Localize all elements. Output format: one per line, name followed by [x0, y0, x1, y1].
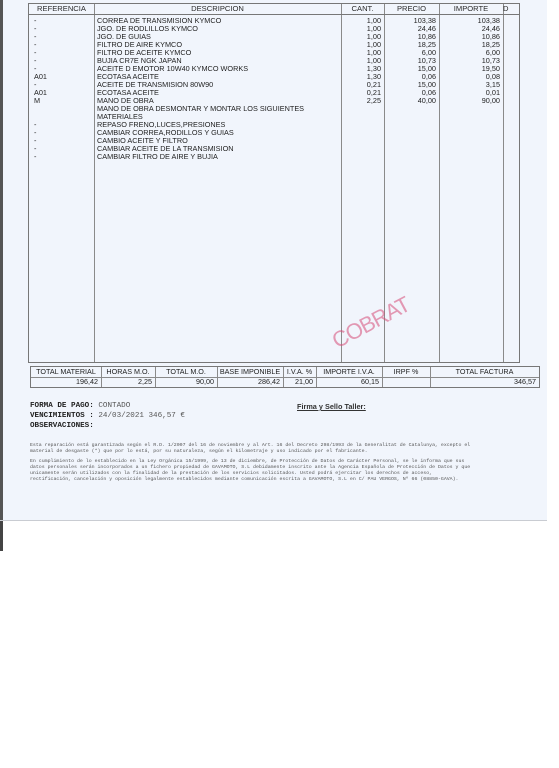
totals-cell-base-imponible: BASE IMPONIBLE286,42	[217, 367, 284, 387]
totals-cell-total-factura: TOTAL FACTURA346,57	[430, 367, 539, 387]
header-descripcion: DESCRIPCION	[94, 4, 341, 14]
iva-pct-value: 21,00	[295, 377, 313, 387]
header-precio: PRECIO	[384, 4, 439, 14]
legal-notice: Esta reparación está garantizada según e…	[30, 443, 540, 487]
cell-referencia: -	[34, 49, 92, 57]
table-header: REFERENCIA DESCRIPCION CANT. PRECIO IMPO…	[29, 4, 519, 15]
iva-pct-label: I.V.A. %	[283, 367, 316, 377]
cell-referencia: -	[34, 17, 92, 25]
cell-referencia: M	[34, 97, 92, 105]
warranty-notice: Esta reparación está garantizada según e…	[30, 443, 540, 456]
header-importe: IMPORTE	[439, 4, 503, 14]
privacy-notice: En cumplimiento de lo establecido en la …	[30, 459, 540, 484]
payment-method-value: CONTADO	[98, 402, 130, 410]
cell-referencia: -	[34, 145, 92, 153]
table-row: -CAMBIAR FILTRO DE AIRE Y BUJIA	[29, 153, 519, 161]
base-imponible-label: BASE IMPONIBLE	[217, 367, 283, 377]
cell-cant: 2,25	[341, 97, 381, 105]
cell-referencia: A01	[34, 89, 92, 97]
importe-iva-label: IMPORTE I.V.A.	[316, 367, 382, 377]
legal-line: material de desgaste (*) que por lo está…	[30, 449, 368, 454]
header-d: D	[503, 4, 515, 14]
items-table: REFERENCIA DESCRIPCION CANT. PRECIO IMPO…	[28, 3, 520, 363]
cell-importe: 90,00	[439, 97, 500, 105]
legal-line: unicamente serán utilizados con la final…	[30, 471, 432, 476]
legal-line: En cumplimiento de lo establecido en la …	[30, 459, 464, 464]
total-material-label: TOTAL MATERIAL	[31, 367, 101, 377]
base-imponible-value: 286,42	[258, 377, 280, 387]
cell-referencia: -	[34, 57, 92, 65]
totals-cell-iva-pct: I.V.A. %21,00	[283, 367, 317, 387]
cell-referencia: -	[34, 41, 92, 49]
header-cant: CANT.	[341, 4, 384, 14]
cell-referencia: -	[34, 137, 92, 145]
totals-cell-importe-iva: IMPORTE I.V.A.60,15	[316, 367, 383, 387]
totals-cell-horas-mo: HORAS M.O.2,25	[101, 367, 156, 387]
signature-label: Firma y Sello Taller:	[297, 402, 366, 411]
total-mo-value: 90,00	[196, 377, 214, 387]
totals-cell-irpf-pct: IRPF %	[382, 367, 431, 387]
observations: OBSERVACIONES:	[30, 421, 185, 431]
totals-cell-total-material: TOTAL MATERIAL196,42	[31, 367, 102, 387]
cell-referencia: -	[34, 153, 92, 161]
scan-border	[0, 521, 3, 551]
importe-iva-value: 60,15	[361, 377, 379, 387]
observations-label: OBSERVACIONES:	[30, 422, 94, 430]
page-edge	[0, 520, 547, 521]
cell-referencia: A01	[34, 73, 92, 81]
legal-line: Esta reparación está garantizada según e…	[30, 443, 470, 448]
irpf-pct-label: IRPF %	[382, 367, 430, 377]
legal-line: datos personales serán incorporados a un…	[30, 465, 470, 470]
payment-info: FORMA DE PAGO: CONTADO VENCIMIENTOS : 24…	[30, 401, 185, 431]
total-factura-label: TOTAL FACTURA	[430, 367, 539, 377]
cell-descripcion: CAMBIAR FILTRO DE AIRE Y BUJIA	[97, 153, 397, 161]
legal-line: rectificación, cancelación y oposición l…	[30, 477, 459, 482]
total-mo-label: TOTAL M.O.	[155, 367, 217, 377]
cell-referencia: -	[34, 33, 92, 41]
cell-referencia: -	[34, 129, 92, 137]
header-referencia: REFERENCIA	[29, 4, 94, 14]
due-dates: VENCIMIENTOS : 24/03/2021 346,57 €	[30, 411, 185, 421]
payment-method-label: FORMA DE PAGO:	[30, 402, 94, 410]
totals-table: TOTAL MATERIAL196,42HORAS M.O.2,25TOTAL …	[30, 366, 540, 388]
due-dates-label: VENCIMIENTOS :	[30, 412, 94, 420]
due-dates-value: 24/03/2021 346,57 €	[98, 412, 185, 420]
horas-mo-label: HORAS M.O.	[101, 367, 155, 377]
cell-precio: 40,00	[384, 97, 436, 105]
payment-method: FORMA DE PAGO: CONTADO	[30, 401, 185, 411]
cell-referencia: -	[34, 121, 92, 129]
cell-referencia: -	[34, 25, 92, 33]
totals-cell-total-mo: TOTAL M.O.90,00	[155, 367, 218, 387]
horas-mo-value: 2,25	[138, 377, 152, 387]
total-material-value: 196,42	[76, 377, 98, 387]
total-factura-value: 346,57	[514, 377, 536, 387]
